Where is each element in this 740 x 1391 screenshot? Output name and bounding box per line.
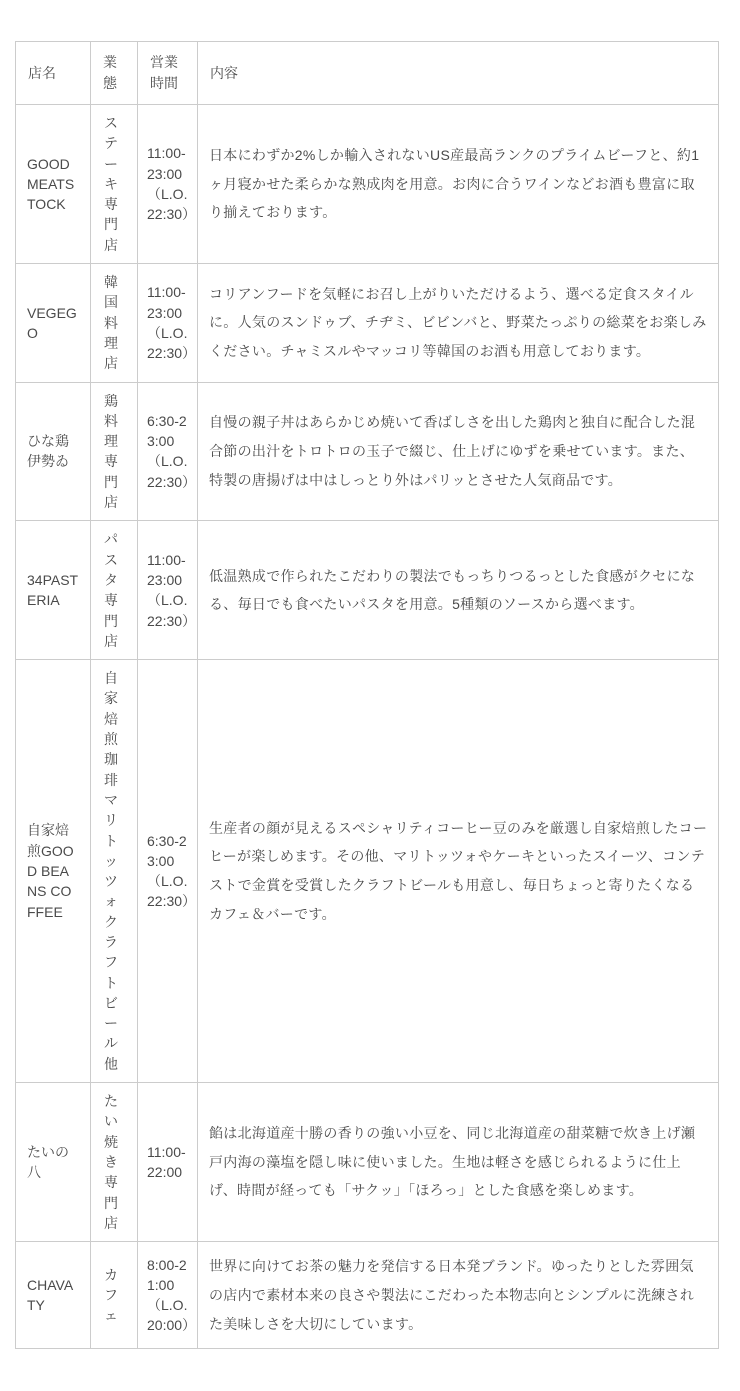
shop-name-cell: CHAVATY xyxy=(16,1242,91,1349)
table-row: 34PASTERIA パスタ専門店 11:00-23:00（L.O. 22:30… xyxy=(16,521,719,660)
table-row: GOODMEATSTOCK ステーキ専門店 11:00-23:00（L.O. 2… xyxy=(16,105,719,264)
business-type-cell: パスタ専門店 xyxy=(91,521,138,660)
table-row: たいの八 たい焼き専門店 11:00-22:00 餡は北海道産十勝の香りの強い小… xyxy=(16,1083,719,1242)
hours-cell: 6:30-23:00（L.O. 22:30） xyxy=(138,382,198,521)
shop-name-cell: たいの八 xyxy=(16,1083,91,1242)
table-row: ひな鶏伊勢ゐ 鶏料理専門店 6:30-23:00（L.O. 22:30） 自慢の… xyxy=(16,382,719,521)
table-row: VEGEGO 韓国料理店 11:00-23:00（L.O. 22:30） コリア… xyxy=(16,264,719,382)
description-cell: 餡は北海道産十勝の香りの強い小豆を、同じ北海道産の甜菜糖で炊き上げ瀬戸内海の藻塩… xyxy=(198,1083,719,1242)
description-cell: コリアンフードを気軽にお召し上がりいただけるよう、選べる定食スタイルに。人気のス… xyxy=(198,264,719,382)
shop-name-cell: VEGEGO xyxy=(16,264,91,382)
page: 店名 業態 営業時間 内容 GOODMEATSTOCK ステーキ専門店 11:0… xyxy=(0,0,740,1391)
business-type-cell: 鶏料理専門店 xyxy=(91,382,138,521)
description-cell: 日本にわずか2%しか輸入されないUS産最高ランクのプライムビーフと、約1ヶ月寝か… xyxy=(198,105,719,264)
table-row: CHAVATY カフェ 8:00-21:00（L.O. 20:00） 世界に向け… xyxy=(16,1242,719,1349)
business-type-cell: 自家焙煎珈琲マリトッツォクラフトビール他 xyxy=(91,660,138,1083)
hours-cell: 11:00-23:00（L.O. 22:30） xyxy=(138,264,198,382)
business-type-cell: カフェ xyxy=(91,1242,138,1349)
description-cell: 世界に向けてお茶の魅力を発信する日本発ブランド。ゆったりとした雰囲気の店内で素材… xyxy=(198,1242,719,1349)
shop-name-cell: GOODMEATSTOCK xyxy=(16,105,91,264)
hours-cell: 11:00-23:00（L.O. 22:30） xyxy=(138,521,198,660)
description-cell: 低温熟成で作られたこだわりの製法でもっちりつるっとした食感がクセになる、毎日でも… xyxy=(198,521,719,660)
shop-name-cell: ひな鶏伊勢ゐ xyxy=(16,382,91,521)
shop-name-cell: 34PASTERIA xyxy=(16,521,91,660)
header-hours: 営業時間 xyxy=(138,42,198,105)
header-description: 内容 xyxy=(198,42,719,105)
business-type-cell: たい焼き専門店 xyxy=(91,1083,138,1242)
header-business-type: 業態 xyxy=(91,42,138,105)
business-type-cell: ステーキ専門店 xyxy=(91,105,138,264)
hours-cell: 6:30-23:00（L.O. 22:30） xyxy=(138,660,198,1083)
description-cell: 生産者の顔が見えるスペシャリティコーヒー豆のみを厳選し自家焙煎したコーヒーが楽し… xyxy=(198,660,719,1083)
hours-cell: 8:00-21:00（L.O. 20:00） xyxy=(138,1242,198,1349)
hours-cell: 11:00-23:00（L.O. 22:30） xyxy=(138,105,198,264)
shop-name-cell: 自家焙煎GOOD BEANS COFFEE xyxy=(16,660,91,1083)
shop-info-table: 店名 業態 営業時間 内容 GOODMEATSTOCK ステーキ専門店 11:0… xyxy=(15,41,719,1349)
table-header-row: 店名 業態 営業時間 内容 xyxy=(16,42,719,105)
header-shop-name: 店名 xyxy=(16,42,91,105)
business-type-cell: 韓国料理店 xyxy=(91,264,138,382)
description-cell: 自慢の親子丼はあらかじめ焼いて香ばしさを出した鶏肉と独自に配合した混合節の出汁を… xyxy=(198,382,719,521)
hours-cell: 11:00-22:00 xyxy=(138,1083,198,1242)
table-row: 自家焙煎GOOD BEANS COFFEE 自家焙煎珈琲マリトッツォクラフトビー… xyxy=(16,660,719,1083)
